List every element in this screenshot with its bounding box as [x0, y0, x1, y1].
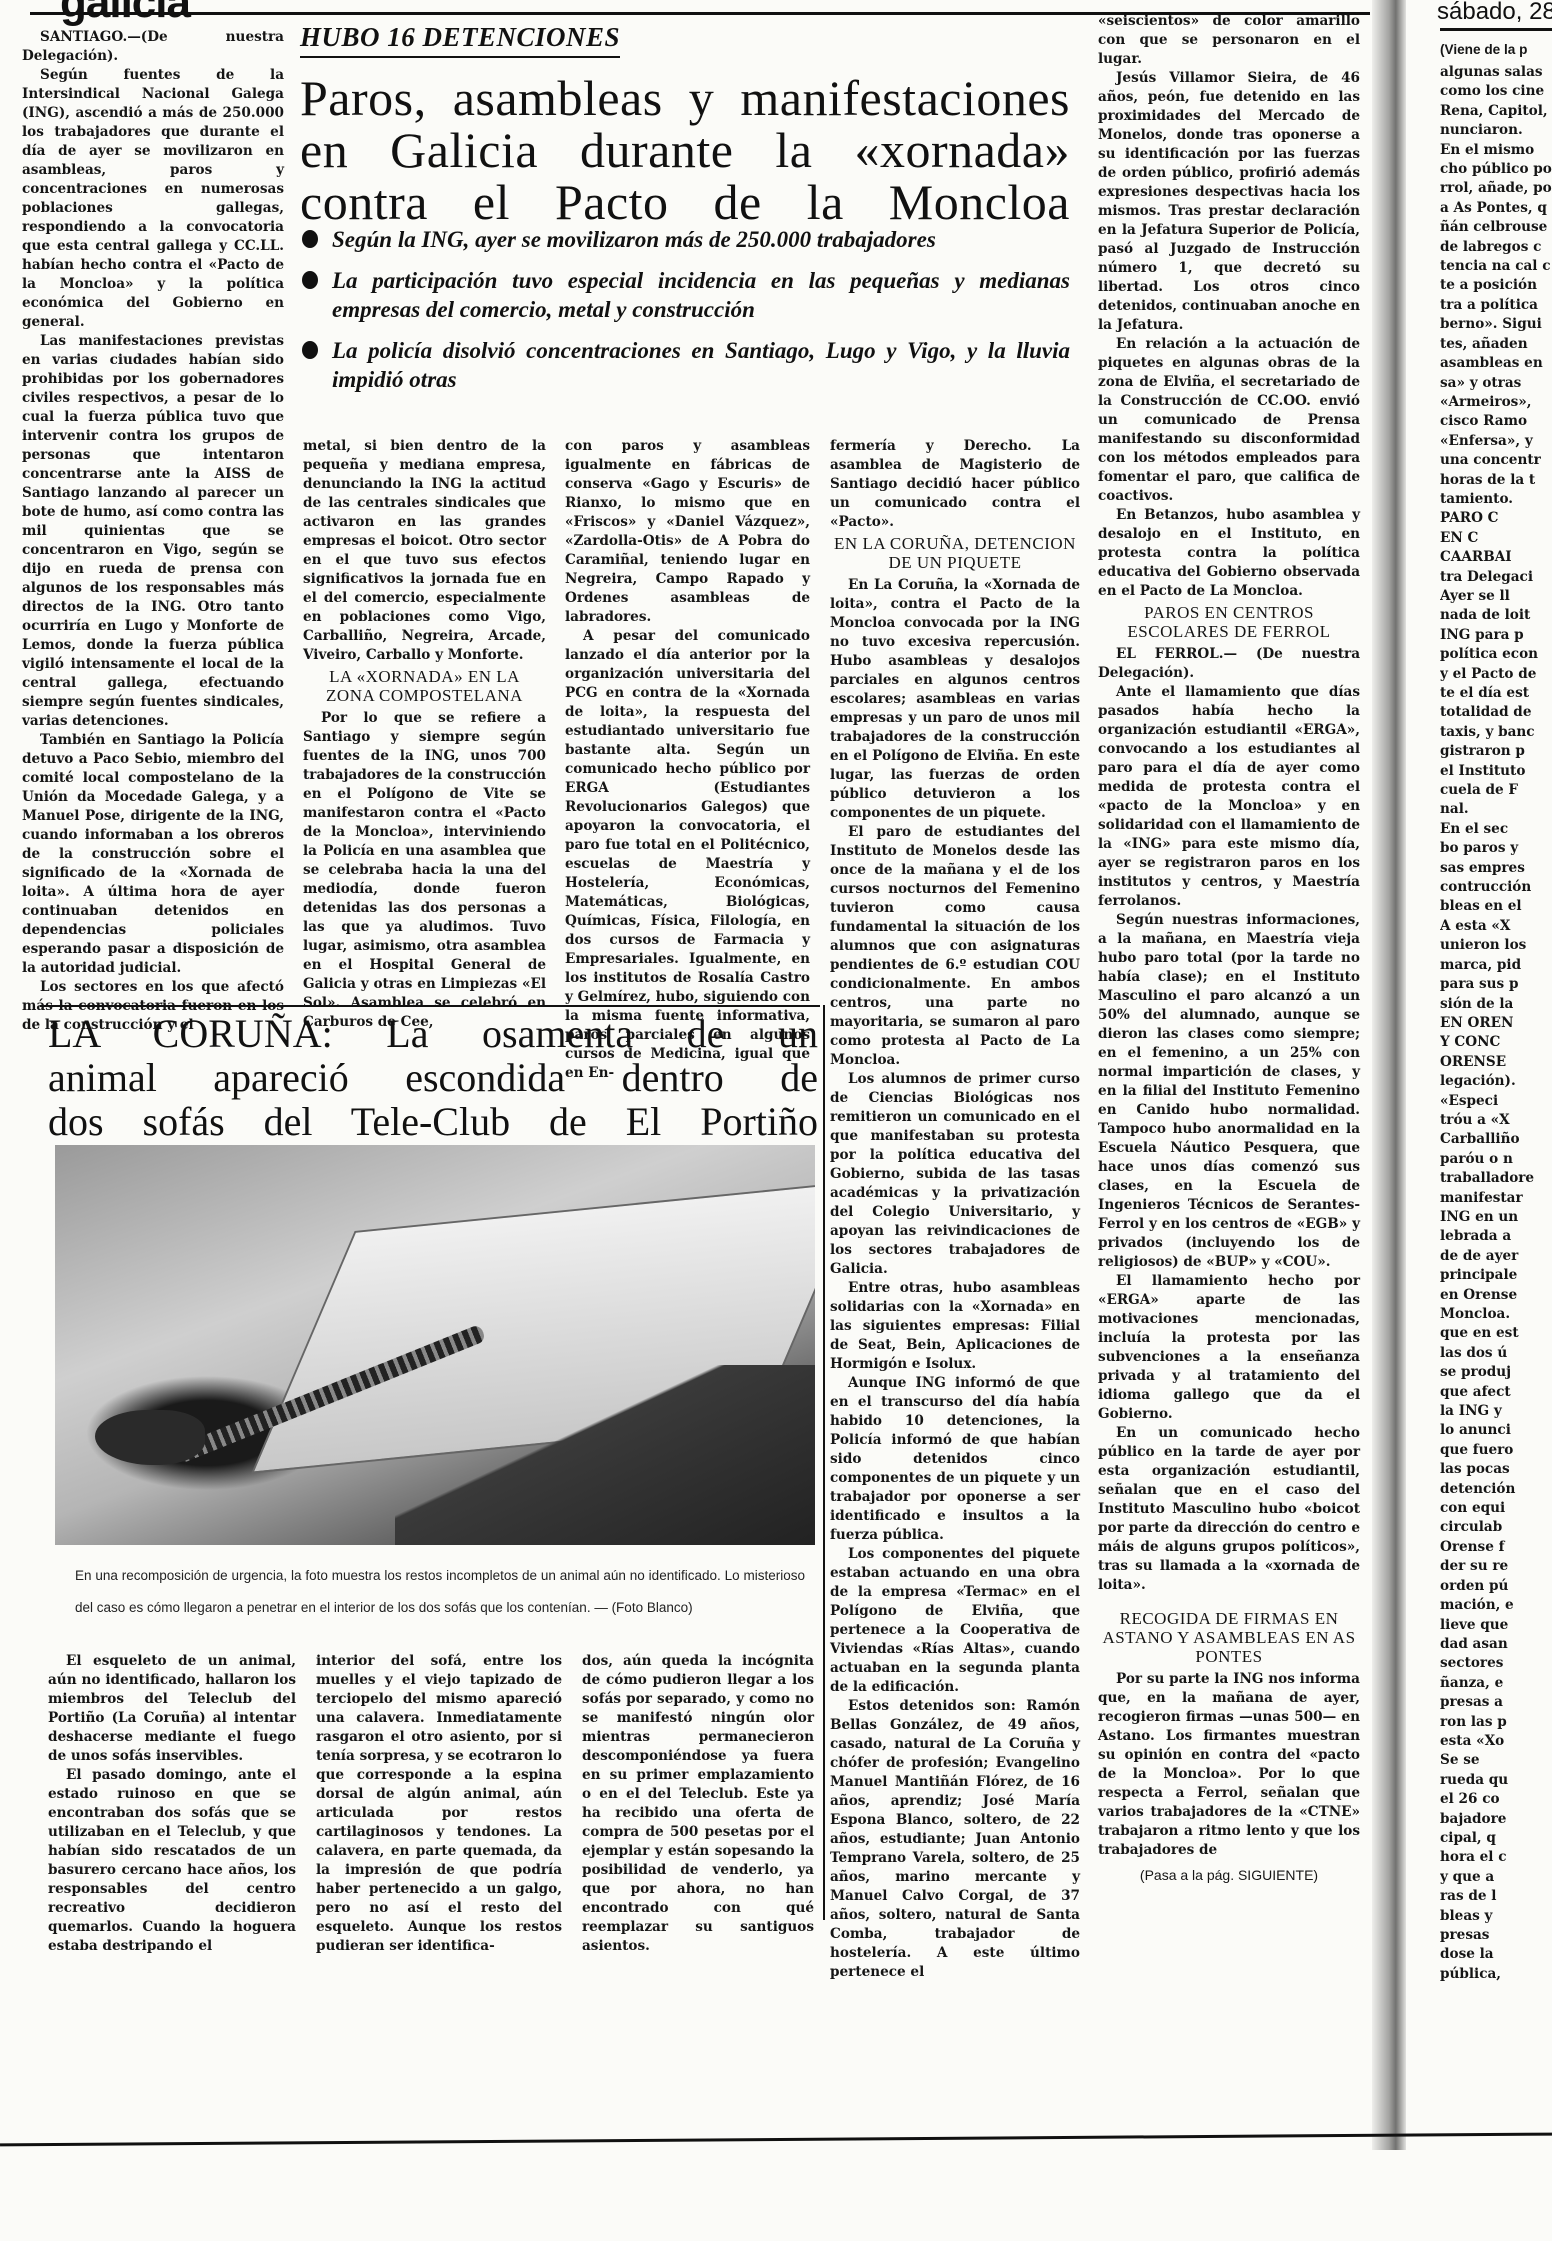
next-page-line: detención	[1440, 1480, 1552, 1499]
next-page-line: ras de l	[1440, 1887, 1552, 1906]
next-page-line: «Especi	[1440, 1092, 1552, 1111]
next-page-line: manifestar	[1440, 1189, 1552, 1208]
dateline: SANTIAGO.—(De nuestra Delegación).	[22, 28, 284, 66]
story2-column-3: dos, aún queda la incógnita de cómo pudi…	[582, 1652, 814, 1956]
next-page-line: cho público por	[1440, 160, 1552, 179]
next-page-line: nunciaron.	[1440, 121, 1552, 140]
next-page-line: cuela de F	[1440, 781, 1552, 800]
subheadline-bullet: La participación tuvo especial incidenci…	[300, 266, 1070, 324]
next-page-line: que fuero	[1440, 1441, 1552, 1460]
page-bottom-rule	[0, 2133, 1552, 2147]
next-page-line: que en est	[1440, 1324, 1552, 1343]
bullet-dot-icon	[302, 341, 318, 359]
dateline: EL FERROL.— (De nuestra Delegación).	[1098, 645, 1360, 683]
next-page-line: Moncloa.	[1440, 1305, 1552, 1324]
section-subhead: EN LA CORUÑA, DETENCION DE UN PIQUETE	[830, 534, 1080, 572]
next-page-line: como los cine	[1440, 82, 1552, 101]
article-column-3: con paros y asambleas igualmente en fábr…	[565, 437, 810, 1083]
next-page-line: principale	[1440, 1266, 1552, 1285]
next-page-line: ñán celbrouse	[1440, 218, 1552, 237]
next-page-line: sión de la	[1440, 995, 1552, 1014]
paragraph: Entre otras, hubo asambleas solidarias c…	[830, 1279, 1080, 1374]
next-page-line: A esta «X	[1440, 917, 1552, 936]
continued-from-note: (Viene de la p	[1440, 40, 1552, 59]
next-page-line: ING en un	[1440, 1208, 1552, 1227]
paragraph: Las manifestaciones previstas en varias …	[22, 332, 284, 731]
next-page-line: nada de loit	[1440, 606, 1552, 625]
next-page-line: marca, pid	[1440, 956, 1552, 975]
photo-shadow-shape	[395, 1365, 815, 1545]
paragraph: En La Coruña, la «Xornada de loita», con…	[830, 576, 1080, 823]
column-separator-rule	[823, 1005, 825, 1920]
paragraph: «seiscientos» de color amarillo con que …	[1098, 12, 1360, 69]
next-page-line: rueda qu	[1440, 1771, 1552, 1790]
next-page-line: bleas y	[1440, 1907, 1552, 1926]
paragraph: con paros y asambleas igualmente en fábr…	[565, 437, 810, 627]
next-page-line: orden pú	[1440, 1577, 1552, 1596]
article-column-2: metal, si bien dentro de la pequeña y me…	[303, 437, 546, 1032]
photo-skull-shape	[95, 1410, 205, 1465]
next-page-line: las pocas	[1440, 1460, 1552, 1479]
next-page-line: esta «Xo	[1440, 1732, 1552, 1751]
next-page-line: lo anunci	[1440, 1421, 1552, 1440]
article-column-4: fermería y Derecho. La asamblea de Magis…	[830, 437, 1080, 1982]
page-fold-shadow	[1372, 0, 1406, 2150]
next-page-line: tencia na cal c	[1440, 257, 1552, 276]
next-page-line: sas empres	[1440, 859, 1552, 878]
bullet-dot-icon	[302, 271, 318, 289]
next-page-date: sábado, 28-e	[1437, 0, 1552, 26]
paragraph: Jesús Villamor Sieira, de 46 años, peón,…	[1098, 69, 1360, 335]
next-page-line: hora el c	[1440, 1848, 1552, 1867]
next-page-line: horas de la t	[1440, 471, 1552, 490]
next-page-masthead-rule	[1440, 28, 1552, 31]
paragraph: Según fuentes de la Intersindical Nacion…	[22, 66, 284, 332]
next-page-line: En el mismo	[1440, 141, 1552, 160]
next-page-line: tes, añaden	[1440, 335, 1552, 354]
continued-note: (Pasa a la pág. SIGUIENTE)	[1098, 1866, 1360, 1885]
headline-line: en Galicia durante la «xornada»	[300, 124, 1070, 176]
next-page-line: se produj	[1440, 1363, 1552, 1382]
story-separator-rule	[40, 1005, 820, 1007]
paragraph: En Betanzos, hubo asamblea y desalojo en…	[1098, 506, 1360, 601]
paragraph: dos, aún queda la incógnita de cómo pudi…	[582, 1652, 814, 1956]
next-page-line: Carballiño	[1440, 1130, 1552, 1149]
story-kicker: HUBO 16 DETENCIONES	[300, 22, 620, 58]
paragraph: Por lo que se refiere a Santiago y siemp…	[303, 709, 546, 1032]
subheadline-bullet: Según la ING, ayer se movilizaron más de…	[300, 225, 1070, 254]
paragraph: En un comunicado hecho público en la tar…	[1098, 1424, 1360, 1595]
bullet-dot-icon	[302, 230, 318, 248]
next-page-line: Se se	[1440, 1751, 1552, 1770]
next-page-line: En el sec	[1440, 820, 1552, 839]
next-page-line: algunas salas	[1440, 63, 1552, 82]
next-page-line: que afect	[1440, 1383, 1552, 1402]
next-page-line: sectores	[1440, 1654, 1552, 1673]
headline-line: LA CORUÑA: La osamenta de un	[48, 1012, 818, 1056]
next-page-line: bajadore	[1440, 1810, 1552, 1829]
next-page-line: una concentr	[1440, 451, 1552, 470]
next-page-line: bleas en el	[1440, 897, 1552, 916]
next-page-line: dad asan	[1440, 1635, 1552, 1654]
next-page-column: (Viene de la p algunas salascomo los cin…	[1440, 40, 1552, 1984]
next-page-line: «Enfersa», y	[1440, 432, 1552, 451]
next-page-line: totalidad de	[1440, 703, 1552, 722]
paragraph: Ante el llamamiento que días pasados hab…	[1098, 683, 1360, 911]
paragraph: Los componentes del piquete estaban actu…	[830, 1545, 1080, 1697]
paragraph: Aunque ING informó de que en el transcur…	[830, 1374, 1080, 1545]
paragraph: El esqueleto de un animal, aún no identi…	[48, 1652, 296, 1766]
next-page-line: Orense f	[1440, 1538, 1552, 1557]
subheadline-bullet: La policía disolvió concentraciones en S…	[300, 336, 1070, 394]
next-page-line: asambleas en	[1440, 354, 1552, 373]
headline-line: dos sofás del Tele-Club de El Portiño	[48, 1100, 818, 1144]
next-page-line: tróu a «X	[1440, 1111, 1552, 1130]
next-page-line: berno». Sigui	[1440, 315, 1552, 334]
section-subhead: RECOGIDA DE FIRMAS EN ASTANO Y ASAMBLEAS…	[1098, 1609, 1360, 1666]
next-page-line: pública,	[1440, 1965, 1552, 1984]
next-page-line: lebrada a	[1440, 1227, 1552, 1246]
paragraph: En relación a la actuación de piquetes e…	[1098, 335, 1360, 506]
next-page-line: de de ayer	[1440, 1247, 1552, 1266]
next-page-line: presas a	[1440, 1693, 1552, 1712]
next-page-line: el 26 co	[1440, 1790, 1552, 1809]
next-page-line: la ING y	[1440, 1402, 1552, 1421]
next-page-line: cipal, q	[1440, 1829, 1552, 1848]
headline-line: Paros, asambleas y manifestaciones	[300, 72, 1070, 124]
next-page-line: tra Delegaci	[1440, 568, 1552, 587]
headline-line: contra el Pacto de la Moncloa	[300, 176, 1070, 228]
next-page-line: traballadore	[1440, 1169, 1552, 1188]
next-page-line: para sus p	[1440, 975, 1552, 994]
next-page-line: rrol, añade, po	[1440, 179, 1552, 198]
next-page-line: presas	[1440, 1926, 1552, 1945]
article-column-1: SANTIAGO.—(De nuestra Delegación). Según…	[22, 28, 284, 1035]
next-page-line: ING para p	[1440, 626, 1552, 645]
next-page-line: der su re	[1440, 1557, 1552, 1576]
next-page-line: gistraron p	[1440, 742, 1552, 761]
next-page-line: a As Pontes, q	[1440, 199, 1552, 218]
next-page-line: legación).	[1440, 1072, 1552, 1091]
paragraph: También en Santiago la Policía detuvo a …	[22, 731, 284, 978]
paragraph: Estos detenidos son: Ramón Bellas Gonzál…	[830, 1697, 1080, 1982]
next-page-line: EN C	[1440, 529, 1552, 548]
next-page-line: taxis, y banc	[1440, 723, 1552, 742]
next-page-line: EN OREN	[1440, 1014, 1552, 1033]
next-page-line: bo paros y	[1440, 839, 1552, 858]
next-page-line: cisco Ramo	[1440, 412, 1552, 431]
photo-caption: En una recomposición de urgencia, la fot…	[75, 1560, 805, 1624]
next-page-line: el Instituto	[1440, 762, 1552, 781]
paragraph: El pasado domingo, ante el estado ruinos…	[48, 1766, 296, 1956]
paragraph: metal, si bien dentro de la pequeña y me…	[303, 437, 546, 665]
next-page-line: Rena, Capitol,	[1440, 102, 1552, 121]
story2-headline: LA CORUÑA: La osamenta de un animal apar…	[48, 1012, 818, 1144]
paragraph: interior del sofá, entre los muelles y e…	[316, 1652, 562, 1956]
next-page-line: tra a política	[1440, 296, 1552, 315]
next-page-line: te el día est	[1440, 684, 1552, 703]
section-subhead: LA «XORNADA» EN LA ZONA COMPOSTELANA	[303, 667, 546, 705]
next-page-line: contrucción	[1440, 878, 1552, 897]
section-subhead: PAROS EN CENTROS ESCOLARES DE FERROL	[1098, 603, 1360, 641]
main-headline: Paros, asambleas y manifestaciones en Ga…	[300, 72, 1070, 228]
next-page-line: nal.	[1440, 800, 1552, 819]
next-page-line: en Orense	[1440, 1286, 1552, 1305]
next-page-line: «Armeiros»,	[1440, 393, 1552, 412]
next-page-line: ron las p	[1440, 1713, 1552, 1732]
next-page-line: paróu o n	[1440, 1150, 1552, 1169]
paragraph: Por su parte la ING nos informa que, en …	[1098, 1670, 1360, 1860]
next-page-line: y que a	[1440, 1868, 1552, 1887]
next-page-line: unieron los	[1440, 936, 1552, 955]
paragraph: El paro de estudiantes del Instituto de …	[830, 823, 1080, 1070]
headline-line: animal apareció escondida dentro de	[48, 1056, 818, 1100]
next-page-line: ñanza, e	[1440, 1674, 1552, 1693]
subheadline-bullets: Según la ING, ayer se movilizaron más de…	[300, 225, 1070, 406]
paragraph: Los alumnos de primer curso de Ciencias …	[830, 1070, 1080, 1279]
next-page-line: CAARBAI	[1440, 548, 1552, 567]
next-page-line: tamiento.	[1440, 490, 1552, 509]
news-photo	[55, 1145, 815, 1545]
next-page-line: lieve que	[1440, 1616, 1552, 1635]
next-page-line: sa» y otras	[1440, 374, 1552, 393]
next-page-line: te a posición	[1440, 276, 1552, 295]
next-page-line: Ayer se ll	[1440, 587, 1552, 606]
next-page-line: mación, e	[1440, 1596, 1552, 1615]
article-column-5: «seiscientos» de color amarillo con que …	[1098, 12, 1360, 1885]
next-page-line: ORENSE	[1440, 1053, 1552, 1072]
paragraph: fermería y Derecho. La asamblea de Magis…	[830, 437, 1080, 532]
next-page-line: de labregos c	[1440, 238, 1552, 257]
next-page-line: las dos ú	[1440, 1344, 1552, 1363]
next-page-line: y el Pacto de	[1440, 665, 1552, 684]
paragraph: El llamamiento hecho por «ERGA» aparte d…	[1098, 1272, 1360, 1424]
next-page-line: PARO C	[1440, 509, 1552, 528]
next-page-line: circulab	[1440, 1518, 1552, 1537]
next-page-line: dose la	[1440, 1945, 1552, 1964]
next-page-lines: algunas salascomo los cineRena, Capitol,…	[1440, 63, 1552, 1984]
next-page-line: con equi	[1440, 1499, 1552, 1518]
next-page-line: política econ	[1440, 645, 1552, 664]
next-page-line: Y CONC	[1440, 1033, 1552, 1052]
story2-column-2: interior del sofá, entre los muelles y e…	[316, 1652, 562, 1956]
paragraph: Según nuestras informaciones, a la mañan…	[1098, 911, 1360, 1272]
story2-column-1: El esqueleto de un animal, aún no identi…	[48, 1652, 296, 1956]
